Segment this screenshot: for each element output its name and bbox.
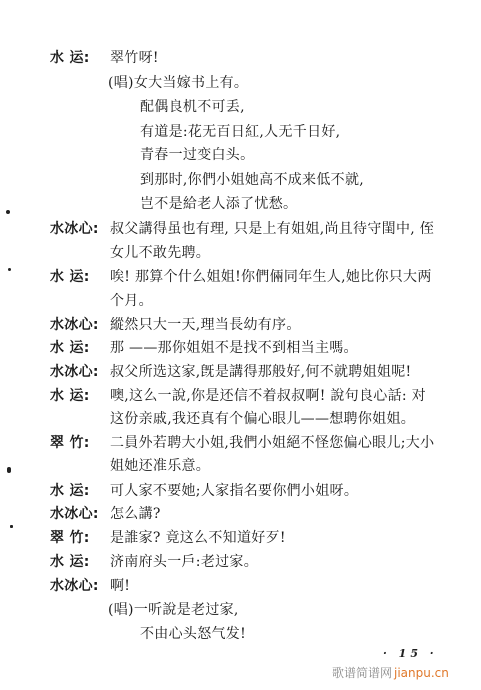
continuation-line: 女儿不敢先聘。 bbox=[110, 242, 210, 264]
dialogue-line: 翠 竹:二員外若聘大小姐,我們小姐絕不怪您偏心眼儿;大小 bbox=[50, 432, 434, 454]
continuation-line: 个月。 bbox=[110, 290, 153, 312]
watermark-text: 歌谱简谱网 bbox=[332, 666, 392, 680]
speaker-label: 水冰心: bbox=[50, 575, 110, 597]
dialogue-text: 二員外若聘大小姐,我們小姐絕不怪您偏心眼儿;大小 bbox=[110, 432, 434, 454]
dialogue-line: 水 运:可人家不要她;人家指名要你們小姐呀。 bbox=[50, 480, 358, 502]
margin-speck bbox=[8, 268, 11, 271]
dialogue-text: 可人家不要她;人家指名要你們小姐呀。 bbox=[110, 480, 358, 502]
dialogue-text: 噢,这么一說,你是还信不着叔叔啊! 說句良心話: 对 bbox=[110, 385, 426, 407]
dialogue-line: 水 运:那 ——那你姐姐不是找不到相当主嗎。 bbox=[50, 337, 358, 359]
speaker-label: 翠 竹: bbox=[50, 527, 110, 549]
continuation-line: 姐她还准乐意。 bbox=[110, 455, 210, 477]
margin-speck bbox=[6, 210, 10, 214]
page-number: · 15 · bbox=[383, 647, 438, 660]
verse-line: 有道是:花无百日紅,人无千日好, bbox=[140, 121, 340, 143]
verse-line: 不由心头怒气发! bbox=[140, 623, 246, 645]
dialogue-line: 水冰心:啊! bbox=[50, 575, 130, 597]
speaker-label: 水冰心: bbox=[50, 361, 110, 383]
dialogue-line: 水冰心:怎么講? bbox=[50, 503, 161, 525]
verse-line: 青春一过变白头。 bbox=[140, 144, 254, 166]
speaker-label: 水 运: bbox=[50, 385, 110, 407]
dialogue-line: 水 运:噢,这么一說,你是还信不着叔叔啊! 說句良心話: 对 bbox=[50, 385, 426, 407]
speaker-label: 水冰心: bbox=[50, 218, 110, 240]
dialogue-line: 水冰心:縱然只大一天,理当長幼有序。 bbox=[50, 314, 301, 336]
dialogue-text: 啊! bbox=[110, 575, 130, 597]
dialogue-text: 那 ——那你姐姐不是找不到相当主嗎。 bbox=[110, 337, 358, 359]
speaker-label: 翠 竹: bbox=[50, 432, 110, 454]
dialogue-text: 唉! 那算个什么姐姐!你們倆同年生人,她比你只大两 bbox=[110, 266, 432, 288]
dialogue-line: 水 运:唉! 那算个什么姐姐!你們倆同年生人,她比你只大两 bbox=[50, 266, 432, 288]
speaker-label: 水 运: bbox=[50, 47, 110, 69]
dialogue-text: 縱然只大一天,理当長幼有序。 bbox=[110, 314, 301, 336]
verse-line: 岂不是給老人添了忧愁。 bbox=[140, 193, 297, 215]
dialogue-line: 水冰心:叔父所选这家,旣是講得那般好,何不就聘姐姐呢! bbox=[50, 361, 411, 383]
dialogue-text: 叔父所选这家,旣是講得那般好,何不就聘姐姐呢! bbox=[110, 361, 411, 383]
dialogue-line: 水 运:翠竹呀! bbox=[50, 47, 159, 69]
speaker-label: 水冰心: bbox=[50, 314, 110, 336]
sung-line: (唱)一听說是老过家, bbox=[108, 599, 239, 621]
dialogue-line: 水冰心:叔父講得虽也有理, 只是上有姐姐,尚且待守閨中, 侄 bbox=[50, 218, 434, 240]
margin-speck bbox=[7, 467, 11, 473]
speaker-label: 水 运: bbox=[50, 480, 110, 502]
dialogue-text: 济南府头一戶:老过家。 bbox=[110, 551, 258, 573]
dialogue-text: 怎么講? bbox=[110, 503, 161, 525]
speaker-label: 水冰心: bbox=[50, 503, 110, 525]
speaker-label: 水 运: bbox=[50, 551, 110, 573]
continuation-line: 这份亲戚,我还真有个偏心眼儿——想聘你姐姐。 bbox=[110, 408, 415, 430]
dialogue-text: 是誰家? 竟这么不知道好歹! bbox=[110, 527, 286, 549]
speaker-label: 水 运: bbox=[50, 266, 110, 288]
verse-line: 配偶良机不可丢, bbox=[140, 96, 245, 118]
dialogue-text: 叔父講得虽也有理, 只是上有姐姐,尚且待守閨中, 侄 bbox=[110, 218, 434, 240]
sung-line: (唱)女大当嫁书上有。 bbox=[108, 72, 248, 94]
watermark-brand: jianpu.cn bbox=[394, 666, 449, 680]
dialogue-text: 翠竹呀! bbox=[110, 47, 159, 69]
document-page: 水 运:翠竹呀! (唱)女大当嫁书上有。 配偶良机不可丢, 有道是:花无百日紅,… bbox=[0, 0, 481, 690]
margin-speck bbox=[10, 525, 13, 528]
speaker-label: 水 运: bbox=[50, 337, 110, 359]
verse-line: 到那时,你們小姐她高不成来低不就, bbox=[140, 169, 364, 191]
dialogue-line: 水 运:济南府头一戶:老过家。 bbox=[50, 551, 258, 573]
watermark: 歌谱简谱网jianpu.cn bbox=[332, 664, 449, 681]
dialogue-line: 翠 竹:是誰家? 竟这么不知道好歹! bbox=[50, 527, 286, 549]
